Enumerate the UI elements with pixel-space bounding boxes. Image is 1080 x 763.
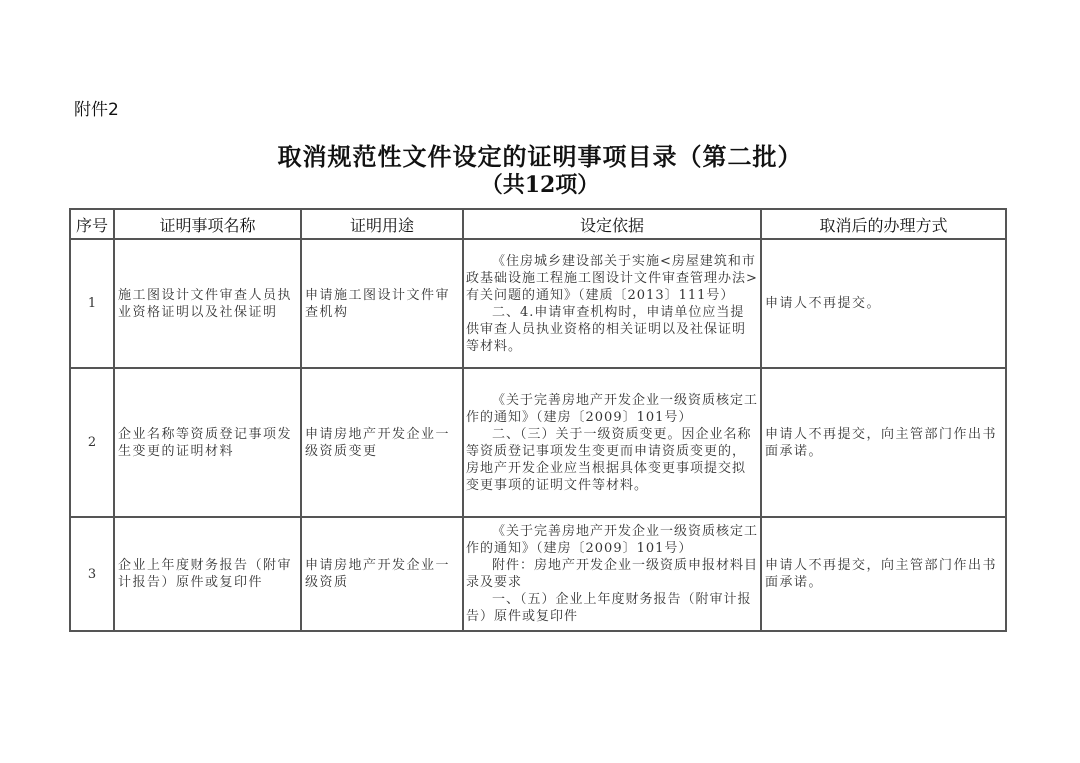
- header-handling: 取消后的办理方式: [761, 209, 1006, 239]
- table-header-row: 序号 证明事项名称 证明用途 设定依据 取消后的办理方式: [70, 209, 1006, 239]
- row-number: 3: [70, 517, 114, 631]
- item-purpose: 申请施工图设计文件审查机构: [301, 239, 463, 368]
- basis-paragraph: 二、（三）关于一级资质变更。因企业名称等资质登记事项发生变更而申请资质变更的，房…: [466, 426, 758, 494]
- basis-paragraph: 《关于完善房地产开发企业一级资质核定工作的通知》（建房〔2009〕101号）: [466, 392, 758, 426]
- item-basis: 《关于完善房地产开发企业一级资质核定工作的通知》（建房〔2009〕101号） 附…: [463, 517, 761, 631]
- item-basis: 《关于完善房地产开发企业一级资质核定工作的通知》（建房〔2009〕101号） 二…: [463, 368, 761, 517]
- header-basis: 设定依据: [463, 209, 761, 239]
- item-handling: 申请人不再提交，向主管部门作出书面承诺。: [761, 517, 1006, 631]
- row-number: 2: [70, 368, 114, 517]
- header-purpose: 证明用途: [301, 209, 463, 239]
- basis-paragraph: 《住房城乡建设部关于实施<房屋建筑和市政基础设施工程施工图设计文件审查管理办法>…: [466, 253, 758, 304]
- item-name: 企业名称等资质登记事项发生变更的证明材料: [114, 368, 301, 517]
- item-handling: 申请人不再提交。: [761, 239, 1006, 368]
- table-row: 1 施工图设计文件审查人员执业资格证明以及社保证明 申请施工图设计文件审查机构 …: [70, 239, 1006, 368]
- item-purpose: 申请房地产开发企业一级资质: [301, 517, 463, 631]
- item-name: 企业上年度财务报告（附审计报告）原件或复印件: [114, 517, 301, 631]
- table-row: 3 企业上年度财务报告（附审计报告）原件或复印件 申请房地产开发企业一级资质 《…: [70, 517, 1006, 631]
- item-purpose: 申请房地产开发企业一级资质变更: [301, 368, 463, 517]
- header-item-name: 证明事项名称: [114, 209, 301, 239]
- header-serial-number: 序号: [70, 209, 114, 239]
- basis-paragraph: 附件：房地产开发企业一级资质申报材料目录及要求: [466, 557, 758, 591]
- attachment-label: 附件2: [74, 95, 119, 120]
- document-title: 取消规范性文件设定的证明事项目录（第二批）: [0, 137, 1080, 172]
- row-number: 1: [70, 239, 114, 368]
- item-handling: 申请人不再提交，向主管部门作出书面承诺。: [761, 368, 1006, 517]
- basis-paragraph: 一、（五）企业上年度财务报告（附审计报告）原件或复印件: [466, 591, 758, 625]
- certification-items-table: 序号 证明事项名称 证明用途 设定依据 取消后的办理方式 1 施工图设计文件审查…: [69, 208, 1007, 632]
- basis-paragraph: 二、4.申请审查机构时，申请单位应当提供审查人员执业资格的相关证明以及社保证明等…: [466, 304, 758, 355]
- document-subtitle: （共12项）: [0, 168, 1080, 199]
- item-name: 施工图设计文件审查人员执业资格证明以及社保证明: [114, 239, 301, 368]
- table-row: 2 企业名称等资质登记事项发生变更的证明材料 申请房地产开发企业一级资质变更 《…: [70, 368, 1006, 517]
- basis-paragraph: 《关于完善房地产开发企业一级资质核定工作的通知》（建房〔2009〕101号）: [466, 523, 758, 557]
- item-basis: 《住房城乡建设部关于实施<房屋建筑和市政基础设施工程施工图设计文件审查管理办法>…: [463, 239, 761, 368]
